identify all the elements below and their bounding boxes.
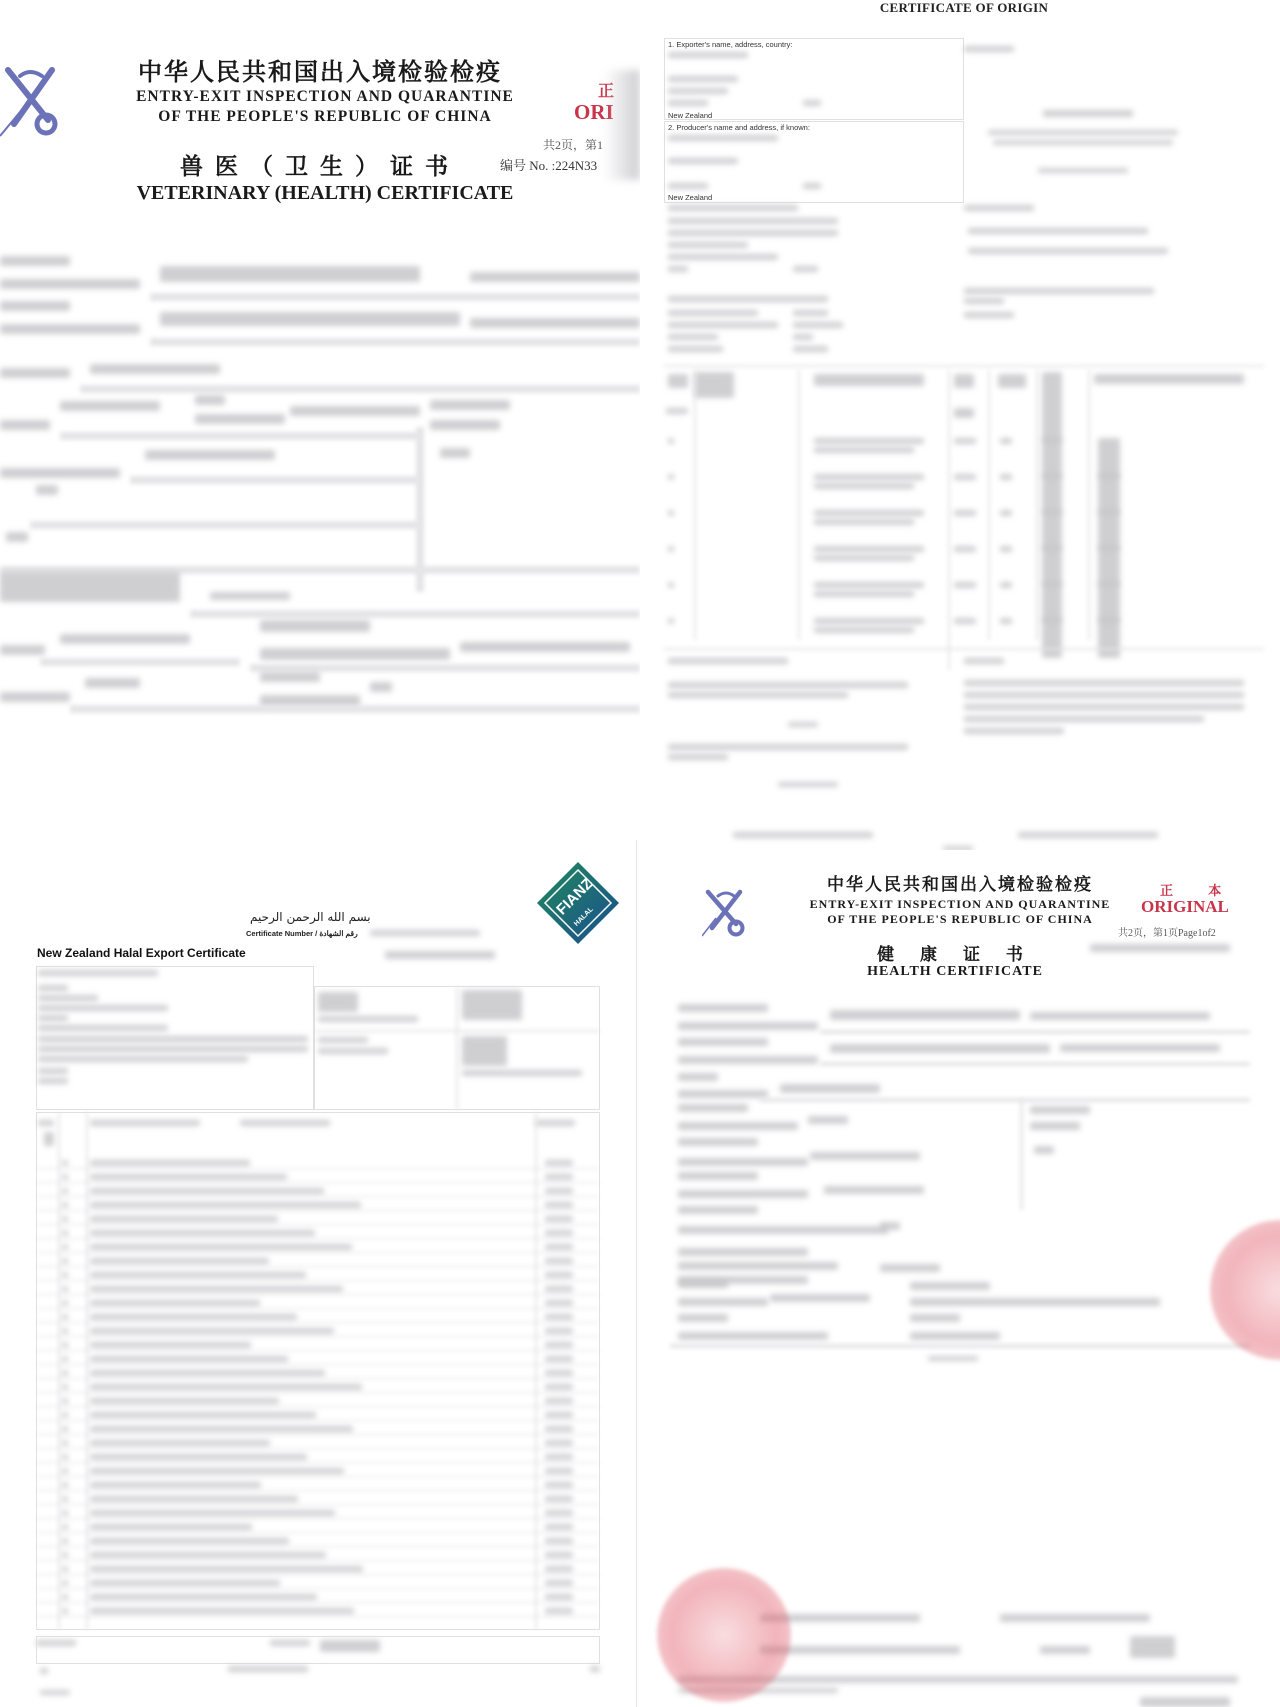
ciq-emblem-icon [702,886,752,938]
bismillah-heading: بسم الله الرحمن الرحيم [250,910,371,924]
document-title: CERTIFICATE OF ORIGIN [648,0,1280,16]
document-title-en: VETERINARY (HEALTH) CERTIFICATE [100,182,550,205]
document-title: New Zealand Halal Export Certificate [37,946,246,960]
document-title-cn: 健 康 证 书 [860,940,1050,965]
authority-title-cn: 中华人民共和国出入境检验检疫 [810,870,1110,895]
page-info: 共2页，第1 [543,136,603,153]
document-title-en: HEALTH CERTIFICATE [840,964,1070,980]
field-exporter-country: New Zealand [668,111,712,120]
halal-export-certificate: بسم الله الرحمن الرحيم Certificate Numbe… [0,840,640,1707]
certificate-of-origin: CERTIFICATE OF ORIGIN 1. Exporter's name… [648,0,1280,850]
official-seal-icon [657,1568,791,1702]
field-producer-country: New Zealand [668,193,712,202]
authority-title-en-line1: ENTRY-EXIT INSPECTION AND QUARANTINE [790,897,1130,912]
authority-title-en-line2: OF THE PEOPLE'S REPUBLIC OF CHINA [790,912,1130,927]
original-mark-en: ORIGINAL [1141,897,1229,917]
authority-title-cn: 中华人民共和国出入境检验检疫 [120,52,520,87]
field-producer-label: 2. Producer's name and address, if known… [668,123,810,132]
divider [636,840,637,1707]
official-seal-icon [1210,1220,1280,1360]
page-info: 共2页，第1页Page1of2 [1118,924,1216,939]
authority-title-en-line2: OF THE PEOPLE'S REPUBLIC OF CHINA [100,108,550,126]
certificate-number: 编号 No. :224N33 [500,155,597,174]
document-title-cn: 兽医（卫生）证书 [150,148,490,181]
certificate-number-label: Certificate Number / رقم الشهادة [246,929,358,938]
redaction-overlay [604,70,640,180]
veterinary-certificate: 中华人民共和国出入境检验检疫 ENTRY-EXIT INSPECTION AND… [0,0,640,830]
authority-title-en-line1: ENTRY-EXIT INSPECTION AND QUARANTINE [100,88,550,106]
ciq-emblem-icon [0,62,66,140]
field-exporter-label: 1. Exporter's name, address, country: [668,40,792,49]
fianz-halal-logo-icon: FIANZ HALAL [535,860,621,951]
